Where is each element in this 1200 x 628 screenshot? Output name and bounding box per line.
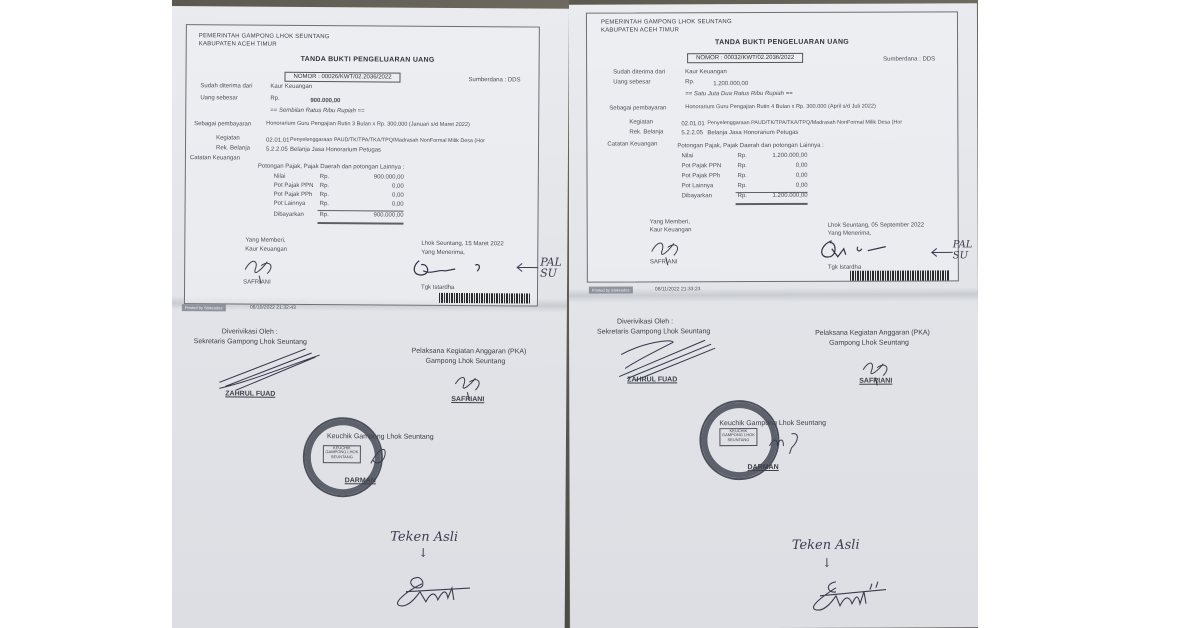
handwritten-note: Teken Asli xyxy=(390,530,458,545)
activity-label: Kegiatan xyxy=(216,135,240,141)
receipt-number: NOMOR : 00032/KWT/02.2036/2022 xyxy=(687,53,803,63)
purpose-label: Sebagai pembayaran xyxy=(194,121,251,127)
currency: Rp. xyxy=(685,79,694,85)
receipt-printout: PEMERINTAH GAMPONG LHOK SEUNTANG KABUPAT… xyxy=(586,11,959,282)
amount-in-words: == Satu Juta Dua Ratus Ribu Rupiah == xyxy=(685,91,792,97)
amount-label: Uang sebesar xyxy=(613,79,650,85)
verified-by-title: Diverivikasi Oleh : xyxy=(222,328,278,335)
total-double-rule xyxy=(736,203,808,205)
deduction-row: Pot Lainnya Rp. 0,00 xyxy=(274,201,404,211)
pka-name: SAFRIANI xyxy=(859,378,892,385)
giver-label: Yang Memberi, xyxy=(245,238,285,244)
finance-notes-label: Catatan Keuangan xyxy=(190,155,240,161)
keuchik-signature xyxy=(765,428,805,454)
deduction-row: Pot Pajak PPN Rp. 0,00 xyxy=(681,163,807,172)
deductions-title: Potongan Pajak, Pajak Daerah dan potonga… xyxy=(677,143,823,150)
expense-account-code: 5.2.2.05 xyxy=(266,147,288,153)
print-timestamp: 08/10/2022 21:32:43 xyxy=(250,306,296,311)
receipt-photo-september: PEMERINTAH GAMPONG LHOK SEUNTANG KABUPAT… xyxy=(569,0,978,628)
verifier-signature xyxy=(613,332,723,382)
expense-account-label: Rek. Belanja xyxy=(216,145,250,151)
total-double-rule xyxy=(317,222,403,225)
stamp-inner-text: KEUCHIK GAMPONG LHOK SEUNTANG xyxy=(323,445,361,463)
regency-header: KABUPATEN ACEH TIMUR xyxy=(601,27,679,33)
arrow-down-icon: ↓ xyxy=(418,546,428,560)
keuchik-label: Keuchik Gampong Lhok Seuntang xyxy=(719,420,826,427)
deduction-row: Pot Pajak PPh Rp. 0,00 xyxy=(682,173,808,182)
gov-header: PEMERINTAH GAMPONG LHOK SEUNTANG xyxy=(601,19,732,25)
received-from-value: Kaur Keuangan xyxy=(270,84,312,90)
paper-sheet: PEMERINTAH GAMPONG LHOK SEUNTANG KABUPAT… xyxy=(172,6,569,628)
regency-header: KABUPATEN ACEH TIMUR xyxy=(199,41,277,48)
activity-value: Penyelenggaraan PAUD/TK/TPA/TKA/TPQ/Madr… xyxy=(290,138,485,145)
receipt-printout: PEMERINTAH GAMPONG LHOK SEUNTANG KABUPAT… xyxy=(184,24,540,306)
receiver-signature xyxy=(409,255,499,286)
pka-title: Pelaksana Kegiatan Anggaran (PKA) xyxy=(815,329,930,336)
arrow-left-icon xyxy=(929,247,955,257)
original-signature xyxy=(386,570,476,611)
keuchik-label: Keuchik Gampong Lhok Seuntang xyxy=(327,433,434,441)
activity-value: Penyelenggaraan PAUD/TK/TPA/TKA/TPQ/Madr… xyxy=(707,121,902,127)
receipt-photo-march: PEMERINTAH GAMPONG LHOK SEUNTANG KABUPAT… xyxy=(172,0,569,628)
fund-source: Sumberdana : DDS xyxy=(883,56,935,62)
gov-header: PEMERINTAH GAMPONG LHOK SEUNTANG xyxy=(199,33,330,40)
receipt-title: TANDA BUKTI PENGELUARAN UANG xyxy=(715,39,849,46)
giver-label: Yang Memberi, xyxy=(650,219,690,225)
deductions-table: Nilai Rp. 1.200.000,00 Pot Pajak PPN Rp.… xyxy=(681,153,807,209)
received-from-value: Kaur Keuangan xyxy=(685,69,727,75)
receiver-signature xyxy=(816,235,906,265)
expense-account-label: Rek. Belanja xyxy=(629,129,663,135)
deduction-row: Nilai Rp. 1.200.000,00 xyxy=(681,153,807,162)
arrow-down-icon: ↓ xyxy=(822,556,832,570)
verifier-signature xyxy=(215,342,325,393)
place-date: Lhok Seuntang, 15 Maret 2022 xyxy=(421,241,503,248)
verified-by-title: Diverivikasi Oleh : xyxy=(617,318,673,325)
activity-code: 02.01.01 xyxy=(266,138,289,144)
annotation-palsu: PAL SU xyxy=(953,239,975,261)
pka-name: SAFRIANI xyxy=(451,396,484,403)
giver-role: Kaur Keuangan xyxy=(650,227,692,233)
currency: Rp. xyxy=(270,96,279,102)
amount-label: Uang sebesar xyxy=(200,95,237,101)
verifier-name: ZAHRUL FUAD xyxy=(627,376,677,383)
deductions-table: Nilai Rp. 900.000,00 Pot Pajak PPN Rp. 0… xyxy=(273,174,403,231)
print-timestamp: 08/11/2022 21:33:23 xyxy=(655,287,701,292)
expense-account-code: 5.2.2.05 xyxy=(681,130,703,136)
expense-account-value: Belanja Jasa Honorarium Petugas xyxy=(290,147,381,154)
print-tag: Printed by Siskeudes xyxy=(589,286,633,293)
purpose-value: Honorarium Guru Pengajian Rutin 4 Bulan … xyxy=(685,105,876,111)
giver-role: Kaur Keuangan xyxy=(245,247,287,253)
giver-name: SAFRIANI xyxy=(243,280,271,286)
pka-title: Pelaksana Kegiatan Anggaran (PKA) xyxy=(412,348,527,356)
print-tag: Printed by Siskeudes xyxy=(182,304,226,311)
purpose-value: Honorarium Guru Pengajian Rutin 3 Bulan … xyxy=(266,122,470,129)
paper-sheet: PEMERINTAH GAMPONG LHOK SEUNTANG KABUPAT… xyxy=(569,3,978,628)
stamp-inner-text: KEUCHIK GAMPONG LHOK SEUNTANG xyxy=(719,428,757,446)
receipt-number: NOMOR : 00026/KWT/02.2036/2022 xyxy=(284,72,400,83)
giver-name: SAFRIANI xyxy=(650,259,678,265)
barcode xyxy=(850,270,950,280)
amount-value: 1.200.000,00 xyxy=(713,81,748,87)
deduction-row: Pot Lainnya Rp. 0,00 xyxy=(682,183,808,192)
deduction-row-total: Dibayarkan Rp. 900.000,00 xyxy=(274,212,404,222)
keuchik-name: DARMAN xyxy=(345,477,376,484)
pka-place: Gampong Lhok Seuntang xyxy=(426,358,506,366)
original-signature xyxy=(800,576,890,616)
pka-place: Gampong Lhok Seuntang xyxy=(829,340,909,347)
received-from-label: Sudah diterima dari xyxy=(200,83,252,89)
deduction-row-total: Dibayarkan Rp. 1.200.000,00 xyxy=(682,193,808,202)
activity-code: 02.01.01 xyxy=(681,121,704,127)
keuchik-signature xyxy=(365,441,395,471)
activity-label: Kegiatan xyxy=(629,119,653,125)
finance-notes-label: Catatan Keuangan xyxy=(607,141,657,147)
deductions-title: Potongan Pajak, Pajak Daerah dan potonga… xyxy=(258,164,404,171)
amount-in-words: == Sembilan Ratus Ribu Rupiah == xyxy=(270,108,364,115)
receiver-name: Tgk Istardha xyxy=(421,285,454,291)
barcode xyxy=(439,293,531,304)
annotation-palsu: PAL SU xyxy=(540,257,562,279)
expense-account-value: Belanja Jasa Honorarium Petugas xyxy=(707,130,798,136)
receipt-title: TANDA BUKTI PENGELUARAN UANG xyxy=(301,56,435,64)
verifier-name: ZAHRUL FUAD xyxy=(225,390,275,397)
received-from-label: Sudah diterima dari xyxy=(613,69,665,75)
place-date: Lhok Seuntang, 05 September 2022 xyxy=(828,222,924,228)
keuchik-name: DARMAN xyxy=(748,464,779,471)
purpose-label: Sebagai pembayaran xyxy=(609,105,666,111)
arrow-left-icon xyxy=(514,262,540,272)
handwritten-note: Teken Asli xyxy=(792,538,860,553)
fund-source: Sumberdana : DDS xyxy=(468,77,520,83)
amount-value: 900.000,00 xyxy=(310,98,340,104)
